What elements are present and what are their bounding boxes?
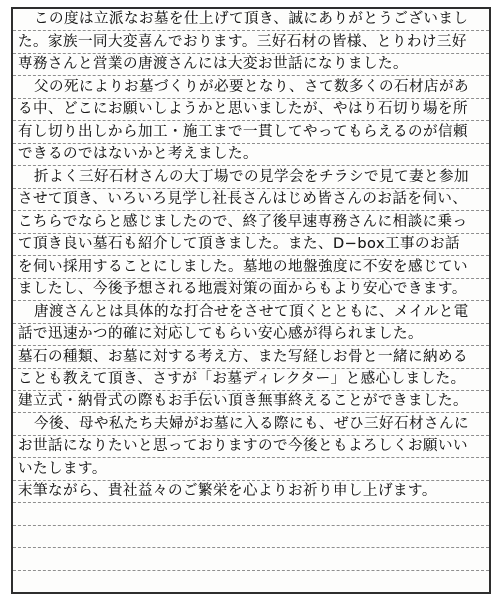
letter-line-text: 専務さんと営業の唐渡さんには大変お世話になりました。	[18, 57, 408, 72]
letter-line-text: 折よく三好石材さんの大丁場での見学会をチラシで見て妻と参加	[34, 170, 469, 185]
letter-line: いたします。	[13, 458, 489, 480]
letter-empty-line	[13, 548, 489, 570]
letter-line-text: させて頂き、いろいろ見学し社長さんはじめ皆さんのお話を伺い、	[18, 192, 467, 207]
letter-line: できるのではないかと考えました。	[13, 144, 489, 166]
letter-line: 今後、母や私たち夫婦がお墓に入る際にも、ぜひ三好石材さんに	[13, 413, 489, 435]
letter-line: 話で迅速かつ的確に対応してもらい安心感が得られました。	[13, 324, 489, 346]
letter-line-text: 有し切り出しから加工・施工まで一貫してやってもらえるのが信頼	[18, 125, 468, 140]
letter-line-text: この度は立派なお墓を仕上げて頂き、誠にありがとうございまし	[34, 12, 468, 27]
letter-line-text: た。家族一同大変喜んでおります。三好石材の皆様、とりわけ三好	[18, 35, 467, 50]
letter-line-text: いたします。	[18, 462, 107, 477]
letter-line-text: 末筆ながら、貴社益々のご繁栄を心よりお祈り申し上げます。	[18, 484, 437, 499]
letter-line-text: を伺い採用することにしました。墓地の地盤強度に不安を感じてい	[18, 260, 468, 275]
letter-line-text: る中、どこにお願いしようかと思いましたが、やはり石切り場を所	[18, 102, 468, 117]
letter-line: ことも教えて頂き、さすが「お墓ディレクター」と感心しました。	[13, 369, 489, 391]
letter-empty-line	[13, 526, 489, 548]
letter-line-text: て頂き良い墓石も紹介して頂きました。また、D−box工事のお話	[18, 237, 460, 252]
letter-line: 折よく三好石材さんの大丁場での見学会をチラシで見て妻と参加	[13, 166, 489, 188]
letter-line-text: 話で迅速かつ的確に対応してもらい安心感が得られました。	[18, 327, 423, 342]
letter-line-text: できるのではないかと考えました。	[18, 147, 258, 162]
letter-line: 建立式・納骨式の際もお手伝い頂き無事終えることができました。	[13, 391, 489, 413]
letter-line-text: 墓石の種類、お墓に対する考え方、また写経しお骨と一緒に納める	[18, 350, 468, 365]
letter-line-text: 父の死によりお墓づくりが必要となり、さて数多くの石材店があ	[34, 80, 469, 95]
letter-empty-line	[13, 503, 489, 525]
letter-line-text: 唐渡さんとは具体的な打合せをさせて頂くとともに、メイルと電	[34, 305, 469, 320]
letter-line-text: こちらでならと感じましたので、終了後早速専務さんに相談に乗っ	[18, 215, 468, 230]
letter-line: 専務さんと営業の唐渡さんには大変お世話になりました。	[13, 54, 489, 76]
letter-line: て頂き良い墓石も紹介して頂きました。また、D−box工事のお話	[13, 234, 489, 256]
letter-line: た。家族一同大変喜んでおります。三好石材の皆様、とりわけ三好	[13, 31, 489, 53]
letter-line: を伺い採用することにしました。墓地の地盤強度に不安を感じてい	[13, 256, 489, 278]
letter-line: させて頂き、いろいろ見学し社長さんはじめ皆さんのお話を伺い、	[13, 189, 489, 211]
letter-paper: この度は立派なお墓を仕上げて頂き、誠にありがとうございまし た。家族一同大変喜ん…	[11, 7, 491, 594]
letter-line-text: ましたし、今後予想される地震対策の面からもより安心できます。	[18, 282, 467, 297]
letter-line-text: ことも教えて頂き、さすが「お墓ディレクター」と感心しました。	[18, 372, 466, 387]
letter-line: 有し切り出しから加工・施工まで一貫してやってもらえるのが信頼	[13, 121, 489, 143]
letter-line: 唐渡さんとは具体的な打合せをさせて頂くとともに、メイルと電	[13, 301, 489, 323]
letter-line: 末筆ながら、貴社益々のご繁栄を心よりお祈り申し上げます。	[13, 481, 489, 503]
letter-line-text: 建立式・納骨式の際もお手伝い頂き無事終えることができました。	[18, 394, 468, 409]
letter-line: お世話になりたいと思っておりますので今後ともよろしくお願いい	[13, 436, 489, 458]
letter-line: この度は立派なお墓を仕上げて頂き、誠にありがとうございまし	[13, 9, 489, 31]
letter-line: 墓石の種類、お墓に対する考え方、また写経しお骨と一緒に納める	[13, 346, 489, 368]
letter-empty-line	[13, 571, 489, 592]
letter-line: る中、どこにお願いしようかと思いましたが、やはり石切り場を所	[13, 99, 489, 121]
letter-line: 父の死によりお墓づくりが必要となり、さて数多くの石材店があ	[13, 76, 489, 98]
letter-line-text: お世話になりたいと思っておりますので今後ともよろしくお願いい	[18, 439, 468, 454]
letter-line: ましたし、今後予想される地震対策の面からもより安心できます。	[13, 279, 489, 301]
letter-line-text: 今後、母や私たち夫婦がお墓に入る際にも、ぜひ三好石材さんに	[34, 417, 469, 432]
letter-line: こちらでならと感じましたので、終了後早速専務さんに相談に乗っ	[13, 211, 489, 233]
testimonial-letter-page: この度は立派なお墓を仕上げて頂き、誠にありがとうございまし た。家族一同大変喜ん…	[0, 0, 500, 597]
